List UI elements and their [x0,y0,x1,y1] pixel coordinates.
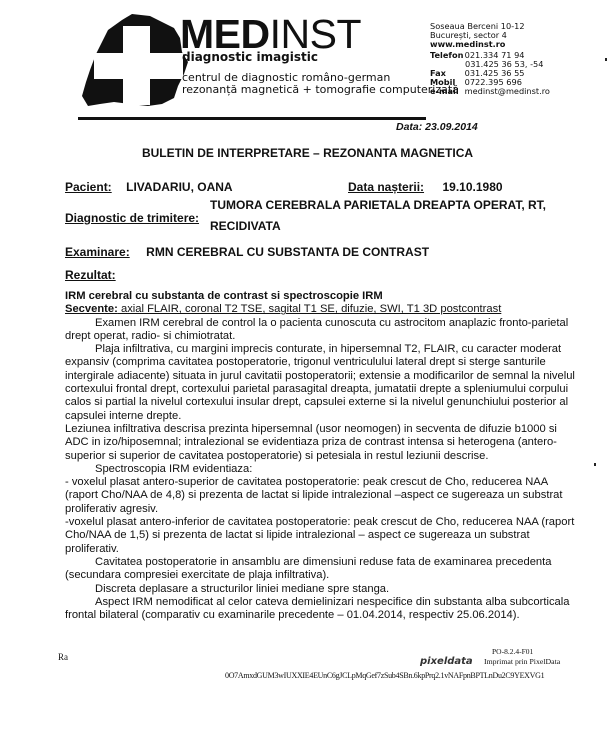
exam-label: Examinare: [65,245,130,259]
diagnosis-line-2: RECIDIVATA [210,219,281,233]
pixeldata-logo: pixeldata [420,656,473,667]
patient-row: Pacient: LIVADARIU, OANA [65,178,233,196]
exam-row: Examinare: RMN CEREBRAL CU SUBSTANTA DE … [65,243,429,261]
patient-name: LIVADARIU, OANA [126,180,232,194]
paragraph-5: - voxelul plasat antero-superior de cavi… [65,476,580,516]
header-divider [78,117,426,120]
paragraph-9: Aspect IRM nemodificat al celor cateva d… [65,596,580,623]
email-row: e-mail medinst@medinst.ro [430,87,550,96]
report-body: IRM cerebral cu substanta de contrast si… [65,290,580,622]
diagnosis-line-1: TUMORA CEREBRALA PARIETALA DREAPTA OPERA… [210,198,546,212]
result-heading: IRM cerebral cu substanta de contrast si… [65,290,580,303]
report-date: Data: 23.09.2014 [396,121,478,133]
scan-speck [605,58,607,61]
birth-date: 19.10.1980 [442,180,502,194]
paragraph-3: Leziunea infiltrativa descrisa prezinta … [65,423,580,463]
paragraph-1: Examen IRM cerebral de control la o paci… [65,317,580,344]
paragraph-2: Plaja infiltrativa, cu margini imprecis … [65,343,580,423]
paragraph-4: Spectroscopia IRM evidentiaza: [65,463,580,476]
paragraph-6: -voxelul plasat antero-inferior de cavit… [65,516,580,556]
sequences-line: Secvente: axial FLAIR, coronal T2 TSE, s… [65,303,580,316]
diagnosis-label: Diagnostic de trimitere: [65,211,199,225]
brand-tagline: diagnostic imagistic [182,50,318,64]
patient-label: Pacient: [65,180,112,194]
brand-subline-2: rezonanță magnetică + tomografie compute… [182,84,459,96]
document-hash: 0O7AmxdGUM3wIUXXIE4EUnC6gJCLpMqGef7zSub4… [225,671,544,680]
form-code: PO-8.2.4-F01 [492,647,533,656]
exam-value: RMN CEREBRAL CU SUBSTANTA DE CONTRAST [146,245,429,259]
result-label: Rezultat: [65,268,116,282]
printed-by: Imprimat prin PixelData [484,657,560,666]
birth-label: Data nașterii: [348,180,424,194]
birth-row: Data nașterii: 19.10.1980 [348,178,503,196]
email-link[interactable]: medinst@medinst.ro [465,86,550,96]
brand-name: MEDINST [180,14,361,54]
author-initials: Ra [58,652,68,662]
report-title: BULETIN DE INTERPRETARE – REZONANTA MAGN… [0,146,615,160]
paragraph-8: Discreta deplasare a structurilor liniei… [65,583,580,596]
website-link[interactable]: www.medinst.ro [430,40,505,49]
paragraph-7: Cavitatea postoperatorie in ansamblu are… [65,556,580,583]
scan-speck [594,463,596,466]
